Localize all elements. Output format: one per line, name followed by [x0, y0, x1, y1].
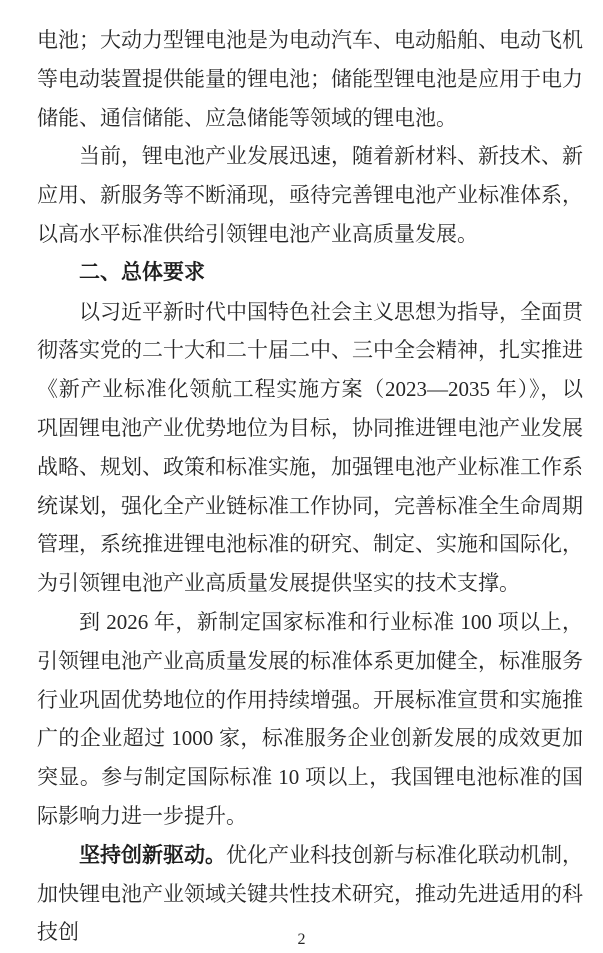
- paragraph-battery-types-continuation: 电池；大动力型锂电池是为电动汽车、电动船舶、电动飞机等电动装置提供能量的锂电池；…: [37, 21, 583, 137]
- bold-lead-innovation-driven: 坚持创新驱动。: [79, 843, 226, 867]
- paragraph-2026-targets: 到 2026 年，新制定国家标准和行业标准 100 项以上，引领锂电池产业高质量…: [37, 603, 583, 836]
- page-number: 2: [0, 931, 603, 949]
- section-heading-overall-requirements: 二、总体要求: [37, 254, 583, 293]
- document-content: 电池；大动力型锂电池是为电动汽车、电动船舶、电动飞机等电动装置提供能量的锂电池；…: [37, 21, 583, 952]
- document-page: 电池；大动力型锂电池是为电动汽车、电动船舶、电动飞机等电动装置提供能量的锂电池；…: [0, 0, 603, 953]
- paragraph-guiding-ideology: 以习近平新时代中国特色社会主义思想为指导，全面贯彻落实党的二十大和二十届二中、三…: [37, 293, 583, 603]
- paragraph-industry-status: 当前，锂电池产业发展迅速，随着新材料、新技术、新应用、新服务等不断涌现，亟待完善…: [37, 137, 583, 253]
